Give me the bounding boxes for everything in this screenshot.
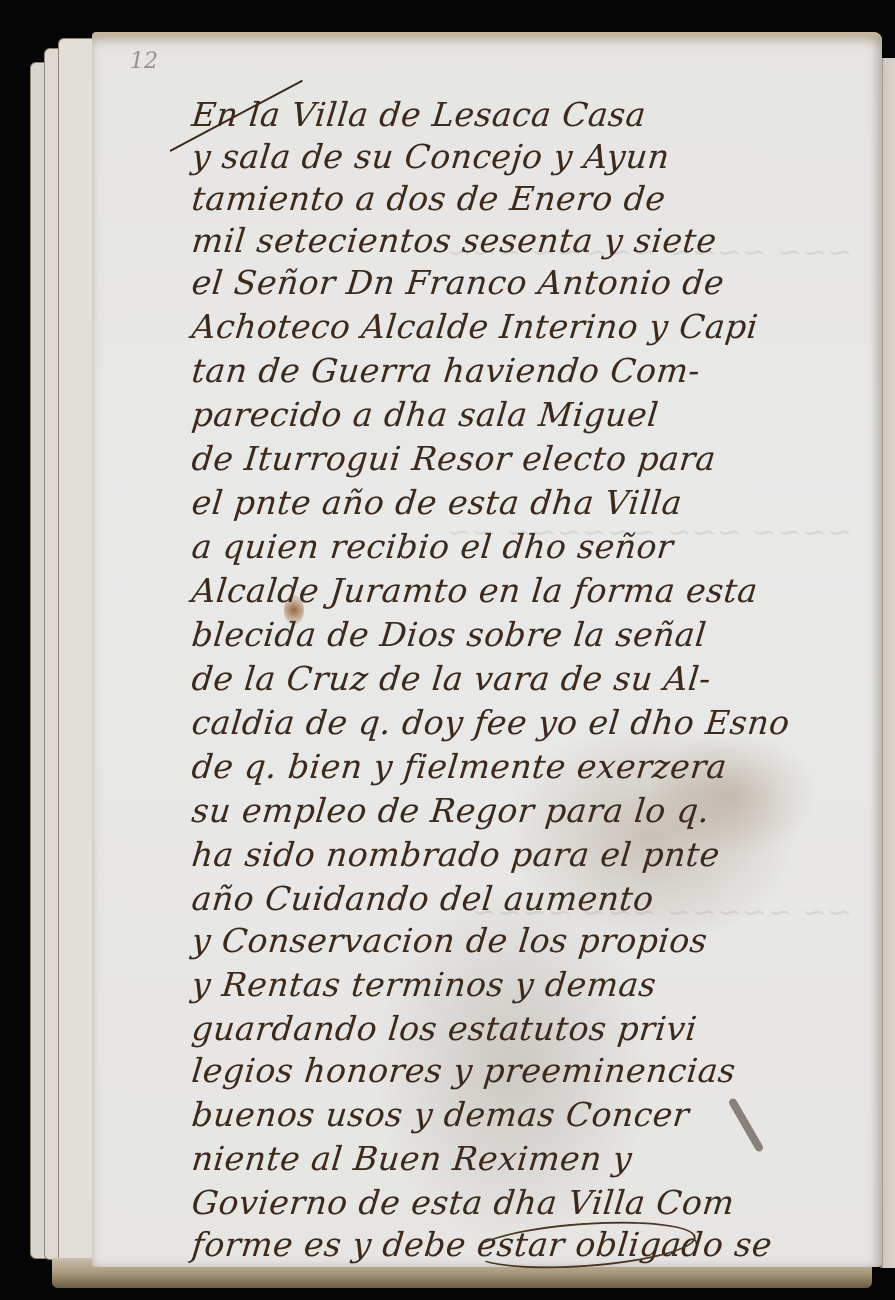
text-line: Achoteco Alcalde Interino y Capi [190,307,760,346]
text-line: tan de Guerra haviendo Com- [190,351,702,390]
text-line: ha sido nombrado para el pnte [190,835,722,874]
text-line: su empleo de Regor para lo q. [190,791,712,830]
folio-number: 12 [130,49,158,74]
manuscript-folio: 12 ~~~ ~~~~ ~~~~~ ~~~ ~~~~ ~~~ ~~~~~~ ~~… [92,32,882,1267]
text-line: año Cuidando del aumento [190,879,656,918]
text-line: el pnte año de esta dha Villa [190,483,684,522]
text-line: guardando los estatutos privi [190,1009,699,1048]
text-line: buenos usos y demas Concer [190,1095,691,1134]
text-line: Govierno de esta dha Villa Com [190,1183,737,1222]
text-line: tamiento a dos de Enero de [190,179,668,218]
text-line: de q. bien y fielmente exerzera [190,747,729,786]
text-line: parecido a dha sala Miguel [190,395,661,434]
text-line: el Señor Dn Franco Antonio de [190,263,726,302]
ink-smudge [728,1097,765,1153]
text-line: de la Cruz de la vara de su Al- [190,659,713,698]
text-line: y sala de su Concejo y Ayun [190,137,672,176]
text-line: En la Villa de Lesaca Casa [190,95,648,134]
text-line: mil setecientos sesenta y siete [190,221,719,260]
text-line: niente al Buen Reximen y [190,1139,634,1178]
text-line: y Rentas terminos y demas [190,965,658,1004]
text-line: Alcalde Juramto en la forma esta [190,571,760,610]
text-line: a quien recibio el dho señor [190,527,676,566]
next-page-edge [880,58,895,1268]
text-line: y Conservacion de los propios [190,921,710,960]
text-line: legios honores y preeminencias [190,1051,738,1090]
text-line: blecida de Dios sobre la señal [190,615,708,654]
text-line: de Iturrogui Resor electo para [190,439,718,478]
text-line: caldia de q. doy fee yo el dho Esno [190,703,792,742]
